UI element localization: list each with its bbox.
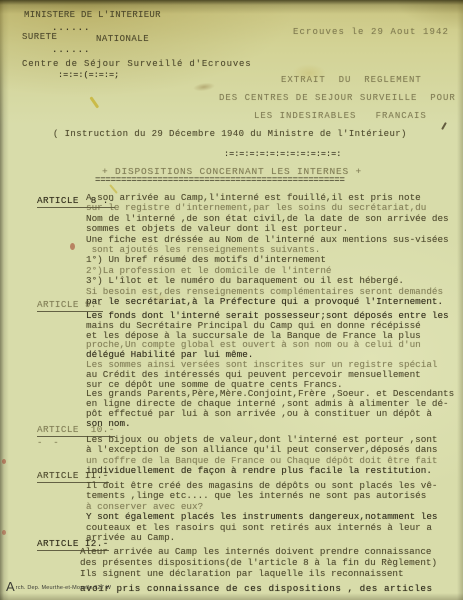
article-12-body: Aleur arrivée au Camp les internés doive… [80, 546, 452, 594]
dots-separator-top: ...... [52, 23, 90, 33]
section-heading-underline: ========================================… [95, 175, 345, 185]
title-line-1: EXTRAIT DU REGLEMENT [281, 75, 422, 85]
article-12-line: des présentes dispositions(de l'article … [80, 557, 452, 568]
article-10-margin-dashes: - - [37, 438, 59, 448]
article-12-line: Ils signent une déclaration par laquelle… [80, 568, 452, 579]
article-8-line: par le secrétariat,à la Préfecture qui a… [86, 297, 458, 307]
stain-red-speck-2 [2, 530, 6, 535]
title-line-2: DES CENTRES DE SEJOUR SURVEILLE POUR [219, 93, 456, 103]
mid-separator: :=:=:=:=:=:=:=:=:=:=:=: [224, 149, 341, 159]
office-separator: :=:=:(=:=:=; [58, 70, 119, 80]
article-9-line: pôt effectué par lui à son arrivée ,ou à… [86, 409, 458, 419]
dateline: Ecrouves le 29 Aout 1942 [293, 27, 449, 37]
dots-separator-bottom: ...... [52, 45, 90, 55]
article-11-line: arrivée au Camp. [86, 533, 458, 543]
archive-stamp-initial: A [6, 580, 15, 593]
stain-red-dot [70, 243, 75, 250]
stain-yellow-slash [90, 96, 100, 108]
archive-stamp-text: rch. Dep. Meurthe-et-Moselle 927 W [16, 585, 111, 591]
scanned-document-page: MINISTERE DE L'INTERIEUR ...... SURETE N… [0, 0, 463, 600]
article-12-line: Aleur arrivée au Camp les internés doive… [80, 546, 452, 557]
article-8-body: A son arrivée au Camp,l'interné est foui… [86, 193, 458, 307]
article-10-body: Les bijoux ou objets de valeur,dont l'in… [86, 435, 458, 477]
subtitle-instruction: ( Instruction du 29 Décembre 1940 du Min… [53, 129, 407, 139]
ministry-title: MINISTERE DE L'INTERIEUR [24, 10, 161, 20]
pencil-tick [441, 122, 447, 130]
office-line: Centre de Séjour Surveillé d'Ecrouves [22, 59, 251, 69]
article-9-body: Les fonds dont l'interné serait possesse… [86, 311, 458, 429]
article-12-line: avoir pris connaissance de ces dispositi… [80, 583, 452, 594]
archive-stamp: A rch. Dep. Meurthe-et-Moselle 927 W [6, 580, 111, 593]
surete-label: SURETE [22, 32, 57, 42]
article-10-line: individuellement de façon à rendre plus … [86, 466, 458, 476]
stain-smudge [193, 82, 216, 93]
article-9-line: son nom. [86, 419, 458, 429]
nationale-label: NATIONALE [96, 34, 149, 44]
stain-red-speck-1 [2, 459, 6, 464]
title-line-3: LES INDESIRABLES FRANCAIS [254, 111, 427, 121]
article-11-body: Il doit être créé des magasins de dépôts… [86, 481, 458, 543]
